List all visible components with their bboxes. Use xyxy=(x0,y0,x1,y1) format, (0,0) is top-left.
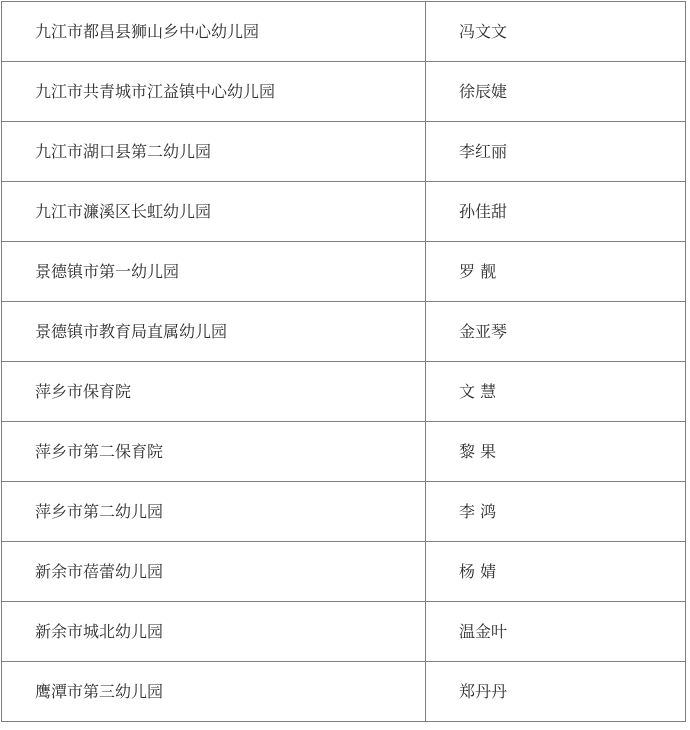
table-row: 九江市共青城市江益镇中心幼儿园 徐辰婕 xyxy=(2,62,686,122)
school-cell: 萍乡市第二幼儿园 xyxy=(2,482,426,542)
teacher-name-cell: 孙佳甜 xyxy=(426,182,686,242)
school-cell: 九江市共青城市江益镇中心幼儿园 xyxy=(2,62,426,122)
school-cell: 景德镇市教育局直属幼儿园 xyxy=(2,302,426,362)
teacher-name-cell: 李 鸿 xyxy=(426,482,686,542)
teacher-name-cell: 李红丽 xyxy=(426,122,686,182)
school-cell: 九江市都昌县狮山乡中心幼儿园 xyxy=(2,2,426,62)
table-row: 萍乡市第二保育院 黎 果 xyxy=(2,422,686,482)
table-row: 九江市都昌县狮山乡中心幼儿园 冯文文 xyxy=(2,2,686,62)
teacher-name-cell: 杨 婧 xyxy=(426,542,686,602)
teacher-name-cell: 金亚琴 xyxy=(426,302,686,362)
table-row: 九江市濂溪区长虹幼儿园 孙佳甜 xyxy=(2,182,686,242)
table-row: 萍乡市第二幼儿园 李 鸿 xyxy=(2,482,686,542)
school-cell: 鹰潭市第三幼儿园 xyxy=(2,662,426,722)
kindergarten-teacher-table: 九江市都昌县狮山乡中心幼儿园 冯文文 九江市共青城市江益镇中心幼儿园 徐辰婕 九… xyxy=(1,1,686,722)
school-cell: 萍乡市第二保育院 xyxy=(2,422,426,482)
table-row: 新余市城北幼儿园 温金叶 xyxy=(2,602,686,662)
school-cell: 九江市湖口县第二幼儿园 xyxy=(2,122,426,182)
table-row: 九江市湖口县第二幼儿园 李红丽 xyxy=(2,122,686,182)
school-cell: 萍乡市保育院 xyxy=(2,362,426,422)
table-row: 新余市蓓蕾幼儿园 杨 婧 xyxy=(2,542,686,602)
teacher-name-cell: 郑丹丹 xyxy=(426,662,686,722)
teacher-name-cell: 徐辰婕 xyxy=(426,62,686,122)
table-row: 萍乡市保育院 文 慧 xyxy=(2,362,686,422)
school-cell: 景德镇市第一幼儿园 xyxy=(2,242,426,302)
teacher-name-cell: 罗 靓 xyxy=(426,242,686,302)
table-row: 景德镇市教育局直属幼儿园 金亚琴 xyxy=(2,302,686,362)
teacher-name-cell: 冯文文 xyxy=(426,2,686,62)
teacher-name-cell: 温金叶 xyxy=(426,602,686,662)
school-cell: 新余市蓓蕾幼儿园 xyxy=(2,542,426,602)
teacher-name-cell: 文 慧 xyxy=(426,362,686,422)
table-row: 鹰潭市第三幼儿园 郑丹丹 xyxy=(2,662,686,722)
teacher-name-cell: 黎 果 xyxy=(426,422,686,482)
table-row: 景德镇市第一幼儿园 罗 靓 xyxy=(2,242,686,302)
school-cell: 新余市城北幼儿园 xyxy=(2,602,426,662)
school-cell: 九江市濂溪区长虹幼儿园 xyxy=(2,182,426,242)
